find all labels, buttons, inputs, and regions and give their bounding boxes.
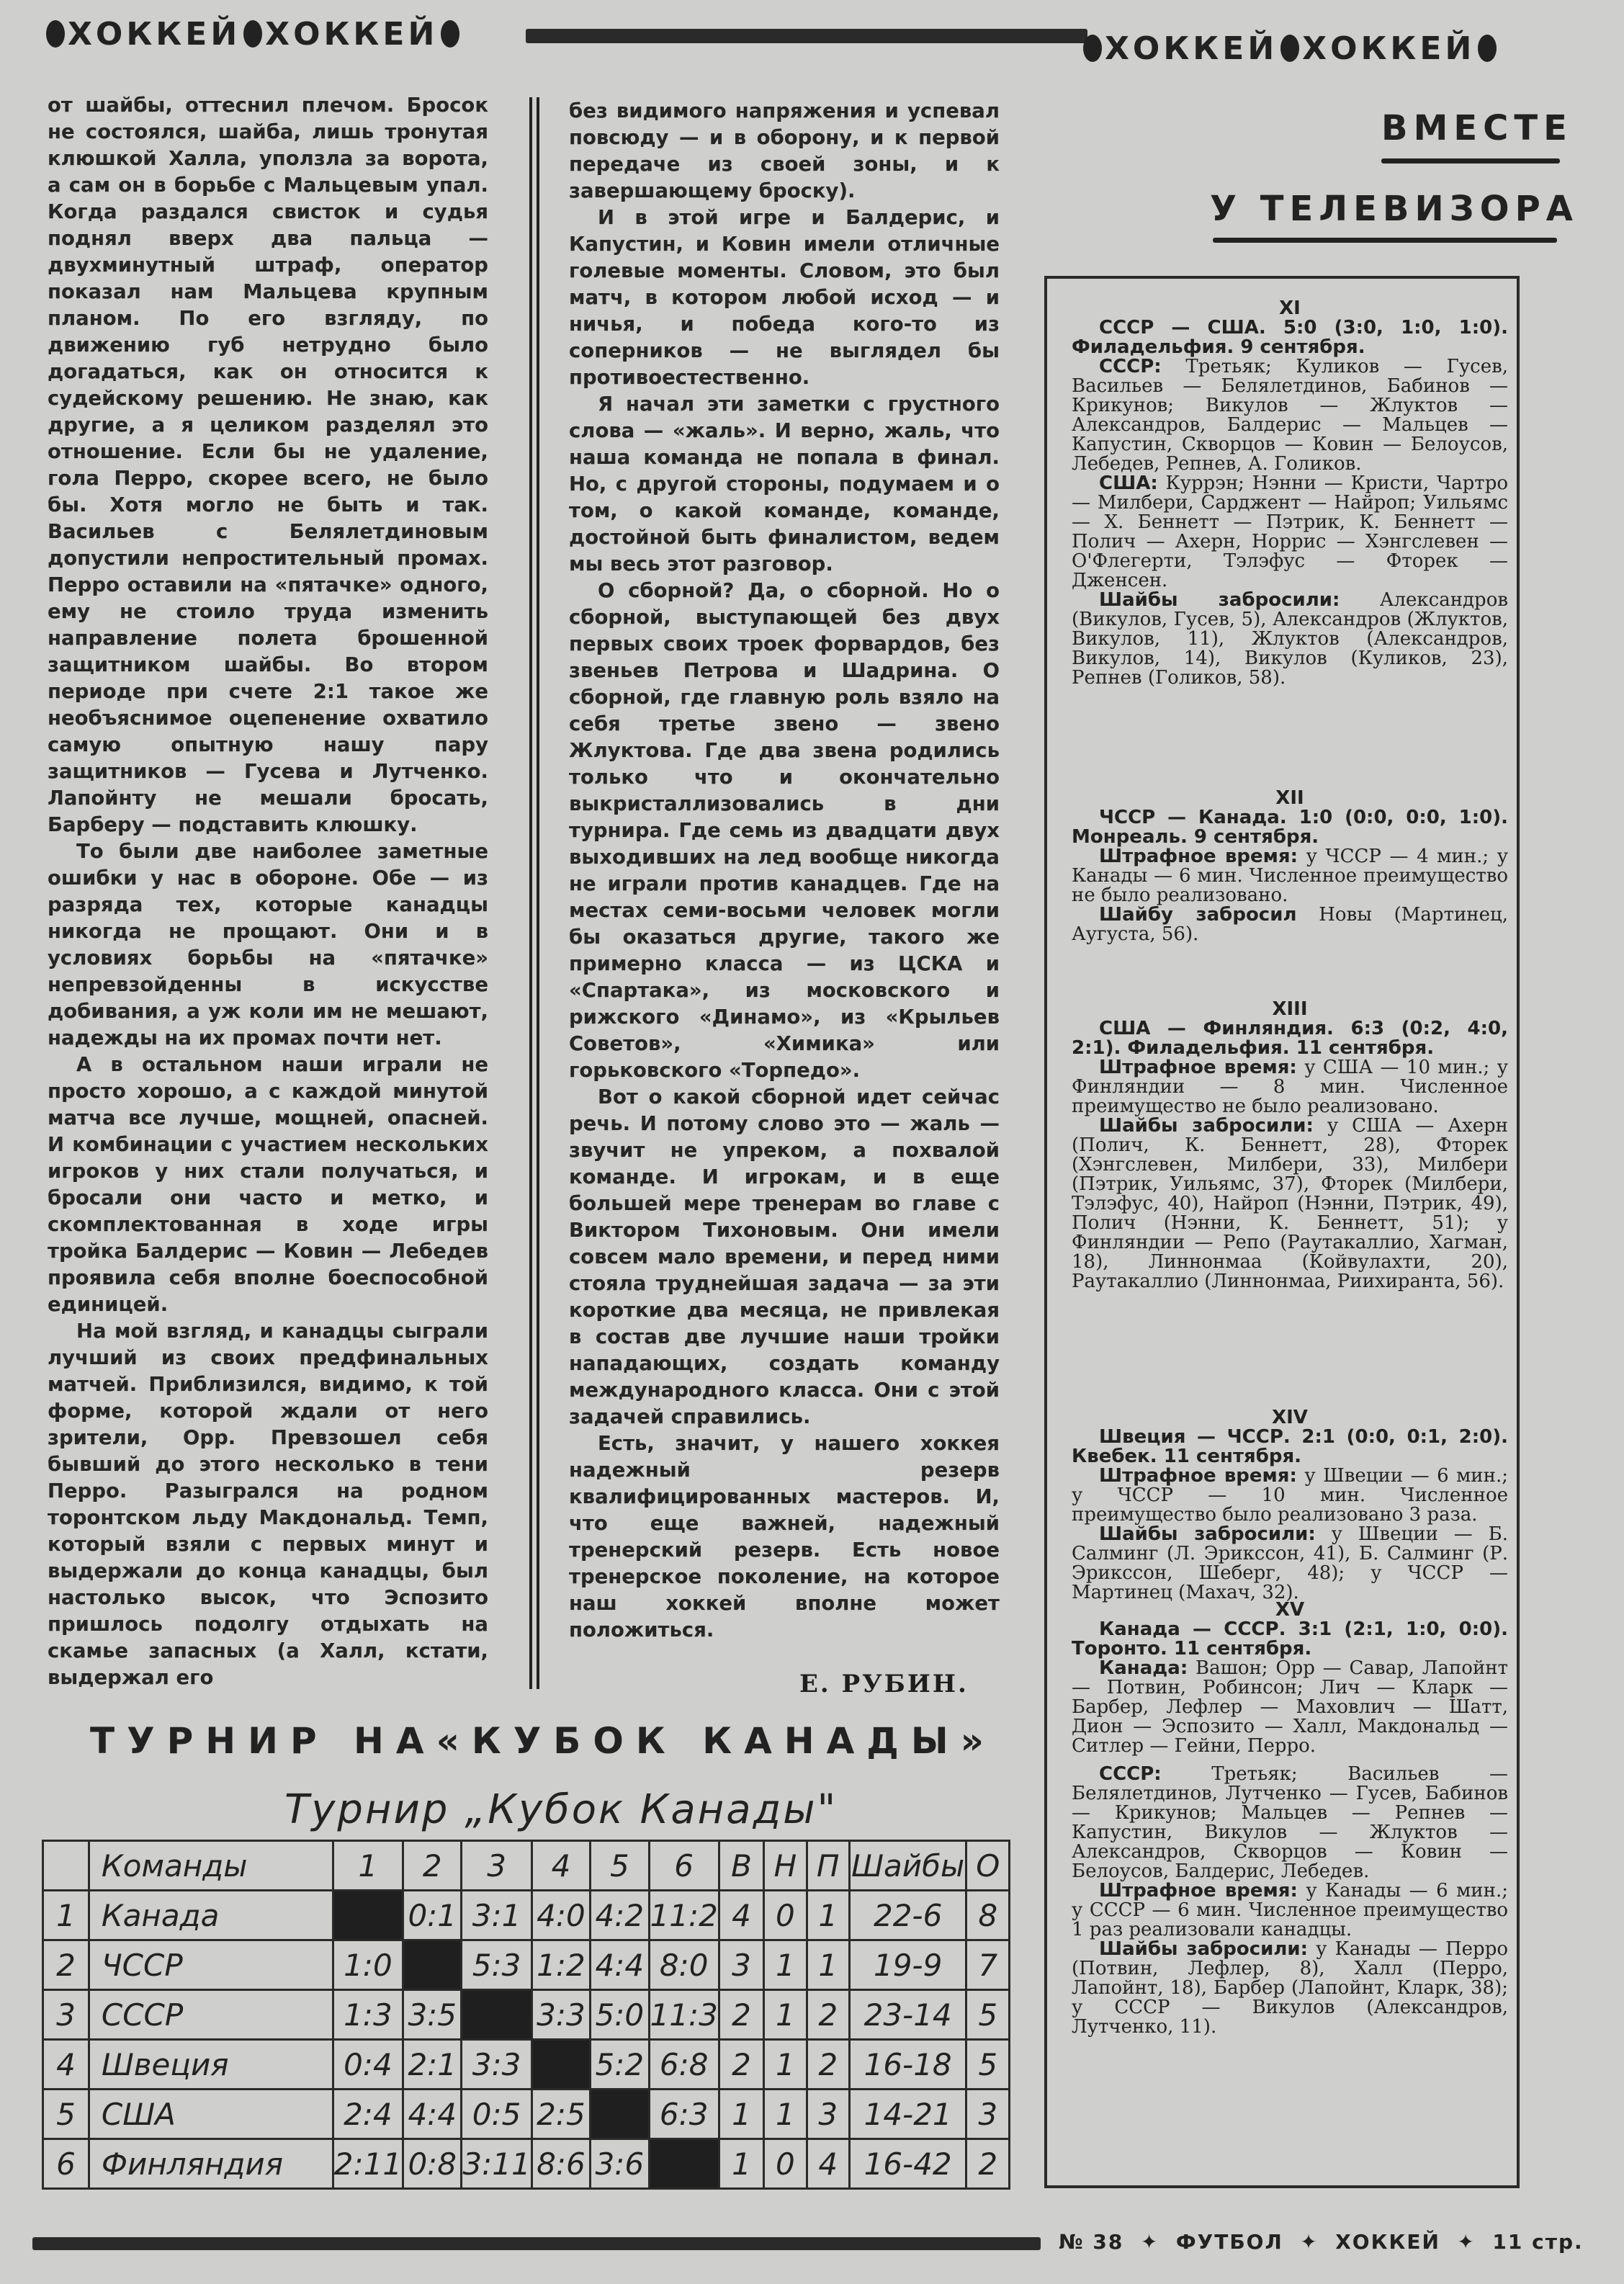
scorers: Шайбы забросили: у Канады — Перро (Потви… — [1072, 1940, 1508, 2037]
diamond-icon: ✦ — [1449, 2230, 1484, 2254]
scorers: Шайбы забросили: у Швеции — Б. Салминг (… — [1072, 1525, 1508, 1603]
sidebar-title-line2: У ТЕЛЕВИЗОРА — [1210, 189, 1579, 229]
column-divider — [529, 97, 532, 1689]
match-xiv: XIV Швеция — ЧССР. 2:1 (0:0, 0:1, 2:0). … — [1072, 1408, 1508, 1603]
match-number: XI — [1072, 299, 1508, 318]
penalties: Штрафное время: у Канады — 6 мин.; у ССС… — [1072, 1881, 1508, 1940]
match-result: США — Финляндия. 6:3 (0:2, 4:0, 2:1). Фи… — [1072, 1019, 1508, 1058]
column-header: Команды — [89, 1841, 333, 1891]
paragraph: без видимого напряжения и успевал повсюд… — [569, 98, 1000, 205]
header-word: ХОККЕЙ — [1105, 30, 1278, 67]
lineup: США: Куррэн; Нэнни — Кристи, Чартро — Ми… — [1072, 474, 1508, 591]
match-number: XIV — [1072, 1408, 1508, 1428]
scorers: Шайбы забросили: Александров (Викулов, Г… — [1072, 591, 1508, 688]
column-header: 1 — [333, 1841, 403, 1891]
table-row: 1Канада 0:13:14:04:211:2 40122-68 — [43, 1891, 1010, 1940]
team-name: СССР — [89, 1990, 333, 2040]
penalties: Штрафное время: у Швеции — 6 мин.; у ЧСС… — [1072, 1466, 1508, 1525]
penalties: Штрафное время: у ЧССР — 4 мин.; у Канад… — [1072, 847, 1508, 905]
title-underline — [1381, 158, 1560, 164]
match-result: Канада — СССР. 3:1 (2:1, 1:0, 0:0). Торо… — [1072, 1620, 1508, 1659]
issue-number: № 38 — [1059, 2230, 1123, 2254]
match-xv: XV Канада — СССР. 3:1 (2:1, 1:0, 0:0). Т… — [1072, 1600, 1508, 2037]
footer-folio: № 38 ✦ ФУТБОЛ ✦ ХОККЕЙ ✦ 11 стр. — [1059, 2230, 1584, 2254]
paragraph: Есть, значит, у нашего хоккея надежный р… — [569, 1430, 1000, 1644]
column-header: 6 — [649, 1841, 719, 1891]
lineup: СССР: Третьяк; Васильев — Белялетдинов, … — [1072, 1765, 1508, 1881]
match-result: ЧССР — Канада. 1:0 (0:0, 0:0, 1:0). Монр… — [1072, 808, 1508, 847]
table-header-row: Команды 1 2 3 4 5 6 В Н П Шайбы О — [43, 1841, 1010, 1891]
column-divider — [537, 97, 539, 1689]
bullet-icon — [243, 20, 262, 48]
bullet-icon — [46, 20, 65, 48]
header-rule — [526, 29, 1087, 43]
paragraph: И в этой игре и Балдерис, и Капустин, и … — [569, 205, 1000, 391]
paragraph: А в остальном наши играли не просто хоро… — [48, 1052, 488, 1318]
tournament-heading: ТУРНИР НА«КУБОК КАНАДЫ» — [90, 1720, 996, 1762]
match-number: XV — [1072, 1600, 1508, 1620]
team-name: Финляндия — [89, 2139, 333, 2189]
column-header: 4 — [531, 1841, 590, 1891]
table-row: 6Финляндия 2:110:83:118:63:6 10416-422 — [43, 2139, 1010, 2189]
header-left: ХОККЕЙ ХОККЕЙ — [43, 9, 462, 59]
penalties: Штрафное время: у США — 10 мин.; у Финля… — [1072, 1058, 1508, 1116]
column-header: 2 — [403, 1841, 462, 1891]
article-column-2: без видимого напряжения и успевал повсюд… — [569, 98, 1000, 1644]
team-name: США — [89, 2090, 333, 2139]
section-football: ФУТБОЛ — [1176, 2230, 1283, 2254]
header-word: ХОККЕЙ — [68, 16, 241, 53]
column-header: Н — [764, 1841, 807, 1891]
paragraph: Я начал эти заметки с грустного слова — … — [569, 391, 1000, 578]
paragraph: Вот о какой сборной идет сейчас речь. И … — [569, 1084, 1000, 1430]
lineup: Канада: Вашон; Орр — Савар, Лапойнт — По… — [1072, 1659, 1508, 1756]
team-name: ЧССР — [89, 1940, 333, 1990]
team-name: Канада — [89, 1891, 333, 1940]
match-xiii: XIII США — Финляндия. 6:3 (0:2, 4:0, 2:1… — [1072, 913, 1508, 1291]
bullet-icon — [441, 20, 459, 48]
table-row: 5США 2:44:40:52:56:3 11314-213 — [43, 2090, 1010, 2139]
bullet-icon — [1083, 35, 1102, 62]
bullet-icon — [1280, 35, 1299, 62]
diamond-icon: ✦ — [1132, 2230, 1167, 2254]
paragraph: от шайбы, оттеснил плечом. Бросок не сос… — [48, 92, 488, 838]
match-number: XII — [1072, 789, 1508, 808]
match-number: XIII — [1072, 1000, 1508, 1019]
column-header: П — [807, 1841, 849, 1891]
sidebar-title-line1: ВМЕСТЕ — [1381, 108, 1573, 148]
diamond-icon: ✦ — [1291, 2230, 1327, 2254]
page-number: 11 стр. — [1492, 2230, 1583, 2254]
table-row: 2ЧССР 1:05:31:24:48:0 31119-97 — [43, 1940, 1010, 1990]
header-word: ХОККЕЙ — [265, 16, 438, 53]
section-hockey: ХОККЕЙ — [1335, 2230, 1440, 2254]
paragraph: То были две наиболее заметные ошибки у н… — [48, 838, 488, 1052]
match-xi: XI СССР — США. 5:0 (3:0, 1:0, 1:0). Фила… — [1072, 299, 1508, 688]
paragraph: О сборной? Да, о сборной. Но о сборной, … — [569, 578, 1000, 1084]
column-header: В — [719, 1841, 763, 1891]
bullet-icon — [1478, 35, 1497, 62]
standings-table: Команды 1 2 3 4 5 6 В Н П Шайбы О 1Канад… — [42, 1840, 1010, 2190]
column-header: Шайбы — [849, 1841, 966, 1891]
team-name: Швеция — [89, 2040, 333, 2090]
table-row: 3СССР 1:33:53:35:011:3 21223-145 — [43, 1990, 1010, 2040]
header-word: ХОККЕЙ — [1302, 30, 1475, 67]
match-result: СССР — США. 5:0 (3:0, 1:0, 1:0). Филадел… — [1072, 318, 1508, 357]
paragraph: На мой взгляд, и канадцы сыграли лучший … — [48, 1318, 488, 1691]
lineup: СССР: Третьяк; Куликов — Гусев, Васильев… — [1072, 357, 1508, 474]
title-underline — [1213, 238, 1557, 243]
match-result: Швеция — ЧССР. 2:1 (0:0, 0:1, 2:0). Квеб… — [1072, 1428, 1508, 1466]
column-header: О — [966, 1841, 1010, 1891]
header-right: ХОККЕЙ ХОККЕЙ — [1080, 23, 1499, 73]
author-byline: Е. РУБИН. — [799, 1670, 969, 1698]
table-title: Турнир „Кубок Канады" — [284, 1786, 838, 1833]
column-header: 3 — [462, 1841, 531, 1891]
table-row: 4Швеция 0:42:13:35:26:8 21216-185 — [43, 2040, 1010, 2090]
column-header: 5 — [591, 1841, 649, 1891]
footer-rule — [32, 2237, 1041, 2250]
article-column-1: от шайбы, оттеснил плечом. Бросок не сос… — [48, 92, 488, 1691]
scorers: Шайбы забросили: у США — Ахерн (Полич, К… — [1072, 1116, 1508, 1291]
